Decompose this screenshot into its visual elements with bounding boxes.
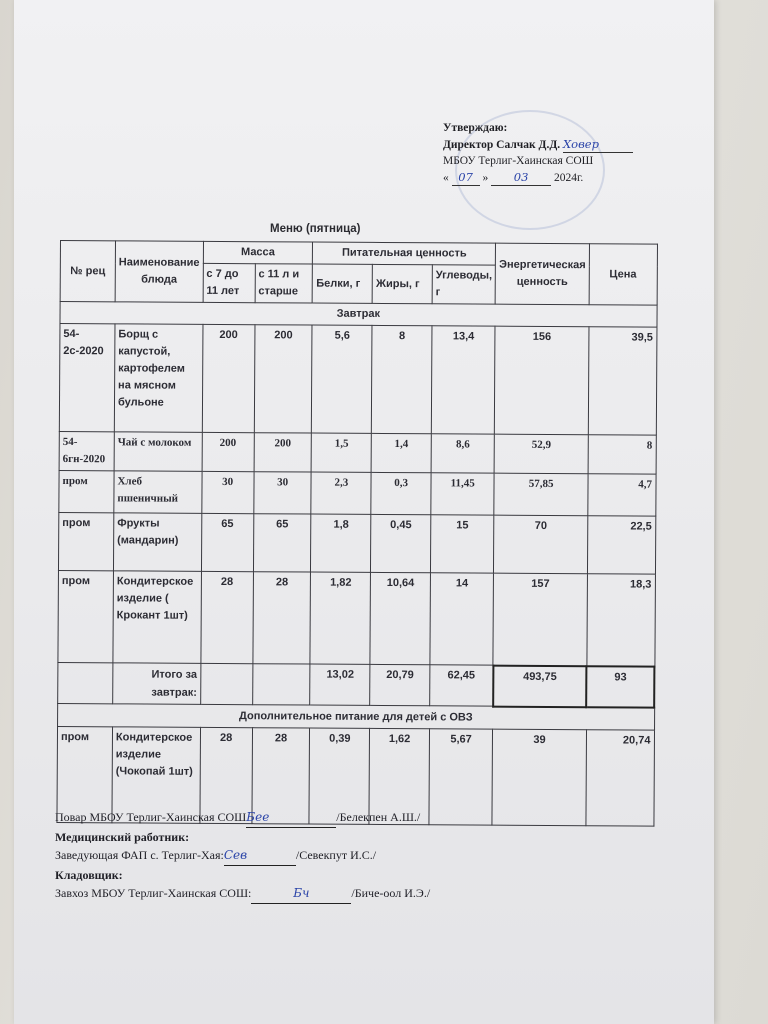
mass-7-11: 200 xyxy=(202,432,254,471)
fats: 8 xyxy=(372,325,432,433)
total-row: Итого за завтрак: 13,02 20,79 62,45 493,… xyxy=(58,662,655,707)
table-row: промХлеб пшеничный30302,30,311,4557,854,… xyxy=(59,470,656,516)
menu-title: Меню (пятница) xyxy=(270,223,361,235)
approval-label: Утверждаю: xyxy=(443,120,633,136)
dish-name: Кондитерское изделие ( Крокант 1шт) xyxy=(113,571,201,664)
header-rec-no: № рец xyxy=(60,241,115,302)
table-row: промКондитерское изделие ( Крокант 1шт)2… xyxy=(58,570,655,666)
total-energy: 493,75 xyxy=(493,665,587,707)
menu-table: № рец Наименование блюда Масса Питательн… xyxy=(56,240,658,826)
header-dish-name: Наименование блюда xyxy=(115,241,203,303)
signature-medical: Медицинский работник: xyxy=(55,828,430,847)
price: 22,5 xyxy=(587,516,655,574)
energy: 157 xyxy=(493,573,587,666)
proteins: 1,82 xyxy=(310,572,370,664)
dish-name: Борщ с капустой, картофелем на мясном бу… xyxy=(114,324,202,433)
mass-11-plus: 28 xyxy=(253,572,311,664)
proteins: 5,6 xyxy=(312,325,372,433)
mass-7-11: 65 xyxy=(201,513,253,571)
dish-name: Фрукты (мандарин) xyxy=(113,513,201,572)
rec-number: 54-2с-2020 xyxy=(59,324,115,432)
energy: 52,9 xyxy=(494,434,588,474)
mass-11-plus: 200 xyxy=(254,433,312,472)
approval-block: Утверждаю: Директор Салчак Д.Д. Ховер МБ… xyxy=(443,120,633,186)
fats: 0,45 xyxy=(371,514,431,572)
signature-supply-manager: Завхоз МБОУ Терлиг-Хаинская СОШ:Бч/Биче-… xyxy=(55,884,430,904)
proteins: 1,5 xyxy=(312,433,372,472)
mass-7-11: 28 xyxy=(201,571,254,663)
total-label: Итого за завтрак: xyxy=(113,663,201,705)
carbs: 13,4 xyxy=(431,326,495,434)
director-signature: Ховер xyxy=(563,136,633,153)
fats: 1,4 xyxy=(371,433,431,472)
total-proteins: 13,02 xyxy=(310,664,370,705)
header-mass: Масса xyxy=(203,241,313,264)
organization-name: МБОУ Терлиг-Хаинская СОШ xyxy=(443,153,633,169)
header-energy: Энергетическая ценность xyxy=(495,243,589,305)
carbs: 8,6 xyxy=(431,434,495,473)
price: 20,74 xyxy=(586,729,654,825)
signature-cook: Повар МБОУ Терлиг-Хаинская СОШБее/Белекп… xyxy=(55,808,430,828)
approval-date: « 07 » 03 2024г. xyxy=(443,169,633,186)
date-month: 03 xyxy=(491,169,551,186)
mass-7-11: 30 xyxy=(201,471,253,513)
price: 8 xyxy=(588,435,656,474)
header-carbs: Углеводы, г xyxy=(432,265,496,304)
mass-11-plus: 200 xyxy=(254,325,312,433)
price: 4,7 xyxy=(588,474,656,516)
energy: 39 xyxy=(492,729,586,826)
mass-11-plus: 65 xyxy=(253,514,311,572)
carbs: 5,67 xyxy=(429,728,493,824)
header-mass-11-plus: с 11 л и старше xyxy=(255,264,313,303)
header-fats: Жиры, г xyxy=(372,264,432,303)
proteins: 1,8 xyxy=(311,514,371,572)
rec-number: пром xyxy=(58,570,114,662)
signature-storekeeper: Кладовщик: xyxy=(55,866,430,885)
fats: 0,3 xyxy=(371,472,431,514)
date-day: 07 xyxy=(452,169,480,186)
mass-7-11: 200 xyxy=(202,324,255,432)
dish-name: Чай с молоком xyxy=(114,432,202,472)
total-price: 93 xyxy=(587,666,655,707)
signature-block: Повар МБОУ Терлиг-Хаинская СОШБее/Белекп… xyxy=(55,808,430,904)
date-year: 2024г. xyxy=(554,172,583,184)
header-proteins: Белки, г xyxy=(313,264,373,303)
breakfast-rows: 54-2с-2020Борщ с капустой, картофелем на… xyxy=(58,324,657,667)
energy: 156 xyxy=(495,326,589,435)
carbs: 14 xyxy=(430,573,494,665)
proteins: 2,3 xyxy=(311,472,371,514)
rec-number: пром xyxy=(59,470,114,512)
header-nutrition: Питательная ценность xyxy=(313,242,496,265)
table-row: промФрукты (мандарин)65651,80,45157022,5 xyxy=(58,512,655,574)
energy: 70 xyxy=(494,515,588,574)
price: 39,5 xyxy=(588,327,656,435)
signature-fap-head: Заведующая ФАП с. Терлиг-Хая:Сев/Севекпу… xyxy=(55,846,430,866)
header-row-1: № рец Наименование блюда Масса Питательн… xyxy=(60,241,657,267)
total-carbs: 62,45 xyxy=(430,665,494,706)
table-row: 54-2с-2020Борщ с капустой, картофелем на… xyxy=(59,324,656,436)
dish-name: Хлеб пшеничный xyxy=(114,471,202,514)
total-fats: 20,79 xyxy=(370,664,430,705)
header-mass-7-11: с 7 до 11 лет xyxy=(203,263,255,302)
director-name: Директор Салчак Д.Д. xyxy=(443,139,560,151)
carbs: 15 xyxy=(430,515,494,573)
carbs: 11,45 xyxy=(431,473,495,515)
header-price: Цена xyxy=(589,244,657,305)
price: 18,3 xyxy=(587,574,655,666)
rec-number: 54-6гн-2020 xyxy=(59,431,114,470)
rec-number: пром xyxy=(58,512,113,570)
energy: 57,85 xyxy=(494,473,588,516)
table-row: 54-6гн-2020Чай с молоком2002001,51,48,65… xyxy=(59,431,656,474)
fats: 10,64 xyxy=(370,572,430,664)
mass-11-plus: 30 xyxy=(254,472,312,514)
